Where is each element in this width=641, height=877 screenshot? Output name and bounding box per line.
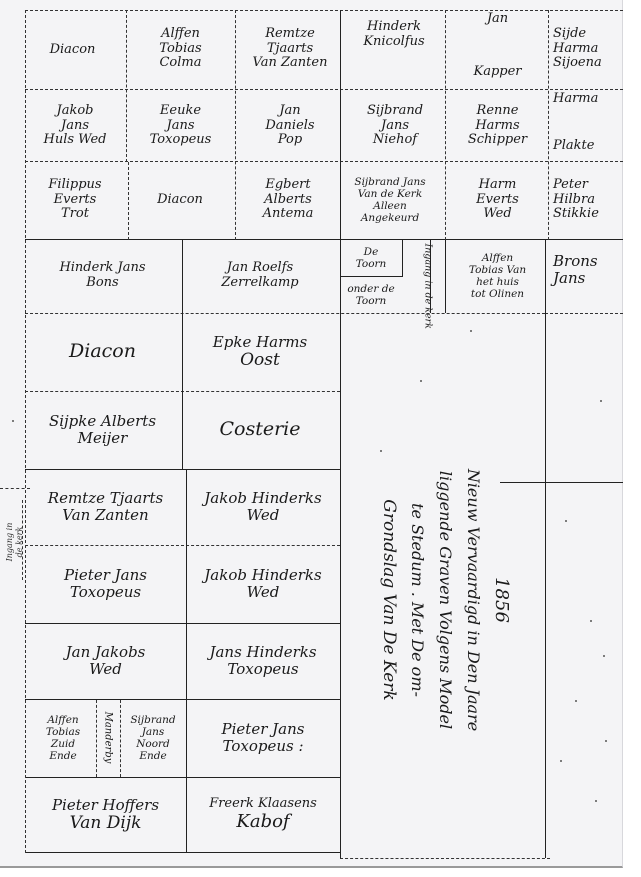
cell-text: Ende	[139, 750, 166, 762]
cell-text: Alffen	[161, 27, 200, 42]
grid-line	[25, 161, 623, 162]
scan-speck	[575, 700, 577, 702]
cell-text: Jans	[142, 726, 165, 738]
cell-text: Toxopeus	[227, 661, 298, 678]
cell-text: Kapper	[473, 65, 521, 80]
cell-r2-sijbrand-jans: Sijbrand Jans Niehof	[345, 92, 445, 160]
cell-r3-peter-hilbra: Peter Hilbra Stikkie	[553, 164, 623, 236]
side-note-line: Ingang in	[5, 517, 15, 567]
grid-line	[402, 240, 403, 277]
cell-text: Zuid	[51, 738, 75, 750]
cell-text: Angekeurd	[361, 212, 419, 224]
cell-text: Toorn	[356, 295, 387, 307]
scan-speck	[420, 380, 422, 382]
cell-text: Alffen	[47, 714, 78, 726]
cell-text: Toxopeus	[70, 584, 141, 601]
cell-text: Sijpke Alberts	[49, 413, 156, 430]
grid-line	[25, 777, 340, 778]
cell-text: Everts	[476, 193, 519, 208]
title-line: Grondslag Van De Kerk	[375, 499, 403, 700]
cell-text: Niehof	[373, 133, 417, 148]
grid-line	[186, 470, 187, 853]
cell-text: Eeuke	[160, 104, 201, 119]
grid-line	[126, 10, 127, 162]
cell-r2-harma-plakte: Harma Plakte	[553, 92, 623, 160]
grid-line	[22, 500, 23, 580]
cell-r2-renne-harms: Renne Harms Schipper	[450, 92, 545, 160]
cell-text: Wed	[247, 507, 280, 524]
cell-r3-egbert-alberts: Egbert Alberts Antema	[238, 164, 338, 236]
cell-text: Trot	[61, 207, 89, 222]
cell-text: Jans	[553, 270, 585, 287]
cell-text: Toxopeus	[150, 133, 212, 148]
cell-text: Plakte	[553, 139, 594, 154]
cell-r1-remtze-tjaarts: Remtze Tjaarts Van Zanten	[240, 10, 340, 88]
cell-r10-sijbrand-noord-ende: Sijbrand Jans Noord Ende	[120, 702, 186, 774]
cell-text: Tobias Van	[469, 264, 526, 276]
cell-r4-onder-de-toorn: onder de Toorn	[340, 278, 402, 312]
cell-r2-jan-daniels: Jan Daniels Pop	[240, 92, 340, 160]
cell-text: Knicolfus	[363, 35, 424, 50]
grid-line	[445, 10, 446, 240]
cell-text: Stikkie	[553, 207, 599, 222]
cell-text: Jan	[279, 104, 300, 119]
side-note-line: de kerk	[15, 517, 25, 567]
grid-line	[500, 482, 623, 483]
cell-text: Diacon	[50, 43, 96, 58]
cell-text: Everts	[54, 193, 97, 208]
cell-text: Harma	[553, 42, 598, 57]
scan-speck	[595, 800, 597, 802]
grid-line	[25, 699, 340, 700]
cell-r1-sijde-harma: Sijde Harma Sijoena	[553, 10, 623, 88]
cell-text: Jan Jakobs	[66, 644, 146, 661]
grid-line	[25, 852, 340, 853]
cell-text: Egbert	[265, 178, 310, 193]
cell-text: Jakob Hinderks	[204, 490, 321, 507]
cell-r3-sijbrand-van-de-kerk: Sijbrand Jans Van de Kerk Alleen Angekeu…	[340, 162, 440, 238]
cell-text: Jakob Hinderks	[204, 567, 321, 584]
cell-text: Oost	[240, 351, 280, 371]
cell-text: Hinderk	[367, 20, 421, 35]
cell-text: Bons	[86, 276, 118, 291]
grid-line	[120, 700, 121, 777]
cell-text: Van de Kerk	[358, 188, 422, 200]
cell-text: Tobias	[159, 42, 201, 57]
scanned-document-page: Diacon Alffen Tobias Colma Remtze Tjaart…	[0, 0, 623, 868]
cell-text: Alberts	[264, 193, 312, 208]
grid-line	[25, 10, 623, 11]
cell-text: Antema	[263, 207, 314, 222]
grid-line	[25, 239, 623, 240]
cell-r1-hinderk: Hinderk Knicolfus	[350, 10, 438, 60]
cell-text: Pieter Jans	[64, 567, 147, 584]
grid-line	[430, 240, 431, 313]
grid-line	[545, 240, 546, 858]
cell-text: Van Zanten	[62, 507, 148, 524]
cell-text: Zerrelkamp	[221, 276, 298, 291]
title-line: Nieuw Vervaardigd in Den Jaare	[459, 469, 487, 731]
cell-r10-manderby: Manderby	[103, 708, 114, 768]
cell-text: Daniels	[265, 119, 314, 134]
cell-text: Sijbrand	[130, 714, 175, 726]
cell-text: Alleen	[373, 200, 407, 212]
cell-r4-jan-roelfs: Jan Roelfs Zerrelkamp	[185, 242, 335, 310]
cell-text: Diacon	[69, 341, 136, 363]
cell-r4-brons-jans: Brons Jans	[553, 240, 623, 300]
cell-r1-alffen-tobias: Alffen Tobias Colma	[128, 10, 233, 88]
cell-text: Wed	[89, 661, 122, 678]
title-line: liggende Graven Volgens Model	[431, 471, 459, 729]
scan-speck	[565, 520, 567, 522]
cell-text: Kabof	[236, 812, 289, 833]
cell-r3-filippus-everts: Filippus Everts Trot	[25, 164, 125, 236]
cell-text: Van Dijk	[70, 814, 142, 834]
scan-speck	[600, 400, 602, 402]
cell-text: Pieter Hoffers	[52, 797, 159, 814]
cell-r4-de-toorn: De Toorn	[340, 240, 402, 276]
cell-text: Harma	[553, 92, 598, 107]
grid-line	[182, 240, 183, 470]
cell-text: Ingang in de kerk	[423, 244, 434, 329]
cell-text: Remtze Tjaarts	[48, 490, 163, 507]
cell-text: Jan Roelfs	[227, 261, 293, 276]
cell-text: Sijbrand Jans	[354, 176, 425, 188]
scan-speck	[603, 655, 605, 657]
scan-speck	[380, 450, 382, 452]
cell-text: Colma	[159, 56, 201, 71]
grid-line	[96, 700, 97, 777]
cell-r9-jans-hinderks: Jans Hinderks Toxopeus	[188, 626, 338, 696]
grid-line	[548, 10, 549, 240]
cell-text: Huls Wed	[44, 133, 107, 148]
cell-text: Pieter Jans	[222, 721, 305, 738]
cell-r7-remtze-tjaarts: Remtze Tjaarts Van Zanten	[28, 472, 183, 542]
grid-line	[340, 10, 341, 858]
cell-text: Jakob	[57, 104, 94, 119]
cell-r8-pieter-jans: Pieter Jans Toxopeus	[28, 548, 183, 620]
cell-text: De	[364, 246, 379, 258]
cell-text: Jans Hinderks	[209, 644, 316, 661]
title-line: te Stedum . Met De om-	[403, 503, 431, 697]
cell-r2-jakob-jans: Jakob Jans Huls Wed	[25, 92, 125, 160]
cell-text: Ende	[49, 750, 76, 762]
grid-line	[25, 623, 340, 624]
grid-line	[128, 162, 129, 240]
cell-text: Filippus	[48, 178, 101, 193]
cell-text: Remtze	[265, 27, 315, 42]
document-title-block: Grondslag Van De Kerk te Stedum . Met De…	[375, 435, 515, 765]
cell-r1-jan-kapper: Jan Kapper	[450, 12, 545, 88]
grid-line	[340, 276, 402, 277]
cell-r3-harm-everts: Harm Everts Wed	[450, 164, 545, 236]
cell-r11-pieter-hoffers: Pieter Hoffers Van Dijk	[28, 780, 183, 850]
cell-r6-sijpke-alberts: Sijpke Alberts Meijer	[25, 394, 180, 466]
cell-r8-jakob-hinderks: Jakob Hinderks Wed	[188, 548, 338, 620]
cell-text: Meijer	[78, 430, 128, 447]
grid-line	[25, 545, 340, 546]
cell-text: Sijoena	[553, 56, 602, 71]
cell-text: Peter	[553, 178, 588, 193]
grid-line	[235, 10, 236, 240]
cell-text: Schipper	[468, 133, 527, 148]
cell-r1-diacon: Diacon	[25, 20, 120, 80]
title-line: 1856	[487, 577, 515, 623]
cell-text: het huis	[476, 276, 519, 288]
cell-text: Brons	[553, 253, 598, 270]
cell-text: Manderby	[103, 712, 114, 764]
cell-text: Costerie	[219, 419, 300, 441]
cell-text: Tjaarts	[267, 42, 313, 57]
grid-line	[445, 240, 446, 313]
cell-text: Van Zanten	[253, 56, 328, 71]
cell-r9-jan-jakobs: Jan Jakobs Wed	[28, 626, 183, 696]
grid-line	[25, 313, 545, 314]
cell-text: Jan	[487, 12, 508, 27]
cell-text: Tobias	[46, 726, 80, 738]
cell-text: Noord	[136, 738, 170, 750]
cell-text: Toxopeus :	[222, 738, 303, 755]
cell-text: Jans	[61, 119, 89, 134]
scan-speck	[590, 620, 592, 622]
cell-r3-diacon: Diacon	[130, 164, 230, 236]
cell-text: onder de	[347, 283, 394, 295]
cell-text: Renne	[477, 104, 519, 119]
cell-text: Alffen	[482, 252, 513, 264]
cell-text: Sijde	[553, 27, 586, 42]
cell-r11-freerk-klaasens: Freerk Klaasens Kabof	[188, 780, 338, 850]
cell-text: Jans	[166, 119, 194, 134]
cell-text: Diacon	[157, 193, 203, 208]
grid-line	[545, 313, 623, 314]
cell-text: Hilbra	[553, 193, 595, 208]
grid-line	[25, 89, 623, 90]
cell-r4-alffen-tobias-van-het-huis: Alffen Tobias Van het huis tot Olinen	[450, 240, 545, 312]
grid-line	[25, 10, 26, 853]
cell-text: tot Olinen	[471, 288, 524, 300]
cell-text: Sijbrand	[367, 104, 423, 119]
cell-text: Wed	[483, 207, 511, 222]
cell-text: Harms	[475, 119, 519, 134]
grid-line	[340, 858, 550, 859]
cell-r10-alffen-zuid-ende: Alffen Tobias Zuid Ende	[30, 702, 96, 774]
cell-r7-jakob-hinderks: Jakob Hinderks Wed	[188, 472, 338, 542]
cell-r10-pieter-jans: Pieter Jans Toxopeus :	[188, 702, 338, 774]
scan-speck	[605, 740, 607, 742]
cell-text: Hinderk Jans	[59, 261, 145, 276]
scan-speck	[12, 420, 14, 422]
cell-r4-hinderk-jans-bons: Hinderk Jans Bons	[25, 242, 180, 310]
cell-text: Freerk Klaasens	[209, 797, 317, 812]
cell-text: Toorn	[356, 258, 387, 270]
scan-speck	[560, 760, 562, 762]
cell-r2-eeuke-jans: Eeuke Jans Toxopeus	[128, 92, 233, 160]
scan-speck	[470, 330, 472, 332]
cell-text: Epke Harms	[213, 334, 307, 351]
cell-r5-epke-harms: Epke Harms Oost	[185, 316, 335, 388]
cell-r4-ingang-in-de-kerk: Ingang in de kerk	[423, 244, 434, 304]
cell-text: Jans	[381, 119, 409, 134]
cell-text: Pop	[278, 133, 302, 148]
cell-text: Harm	[479, 178, 517, 193]
cell-r6-costerie: Costerie	[185, 394, 335, 466]
cell-r5-diacon: Diacon	[25, 316, 180, 388]
cell-text: Wed	[247, 584, 280, 601]
